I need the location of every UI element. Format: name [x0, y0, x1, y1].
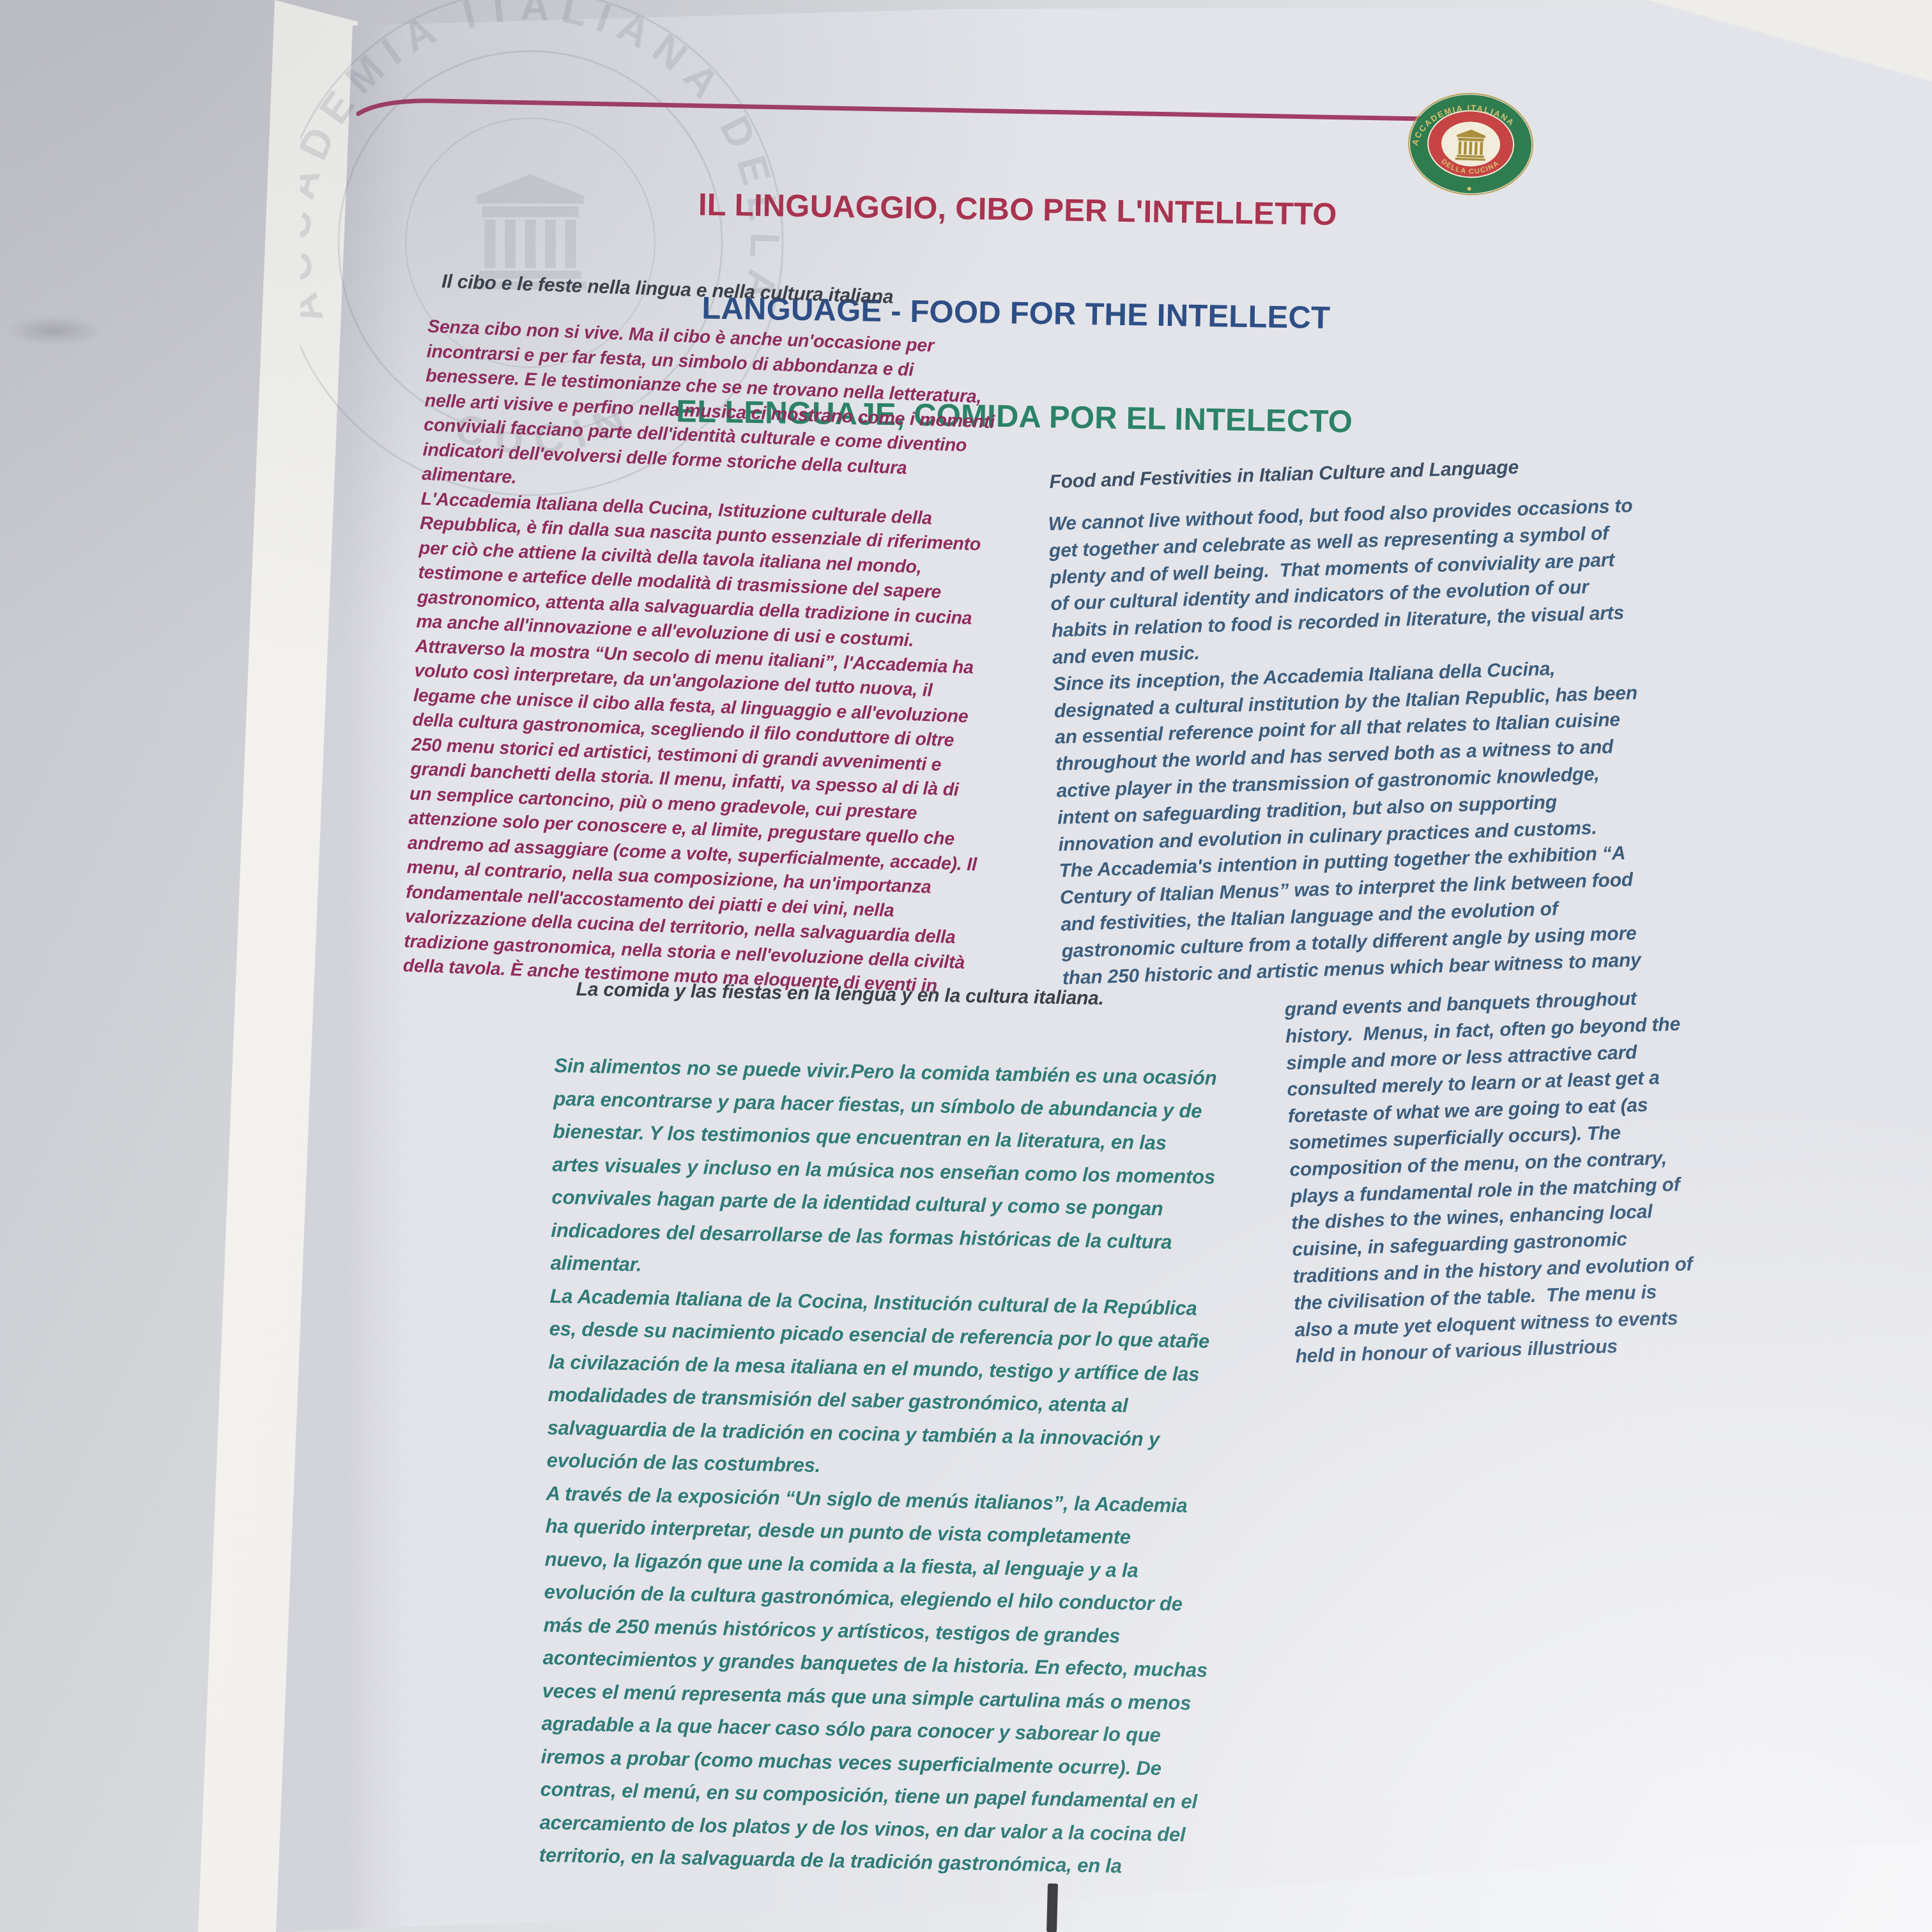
photographed-document: ACCADEMIA ITALIANA DELLA CUCINA IL LINGU… [0, 0, 1932, 1932]
page-title-italian: IL LINGUAGGIO, CIBO PER L'INTELLETTO [637, 187, 1398, 233]
italian-body-text: Senza cibo non si vive. Ma il cibo è anc… [402, 314, 998, 1000]
binding-mark [1046, 1883, 1058, 1932]
background-smudge [6, 316, 102, 345]
spanish-body-text: Sin alimentos no se puede vivir.Pero la … [539, 1049, 1219, 1884]
english-body-text-part2: grand events and banquets throughout his… [1284, 984, 1696, 1370]
accademia-seal-logo: ACCADEMIA ITALIANA DELLA CUCINA [1405, 89, 1537, 199]
english-body-text-part1: We cannot live without food, but food al… [1048, 493, 1647, 992]
